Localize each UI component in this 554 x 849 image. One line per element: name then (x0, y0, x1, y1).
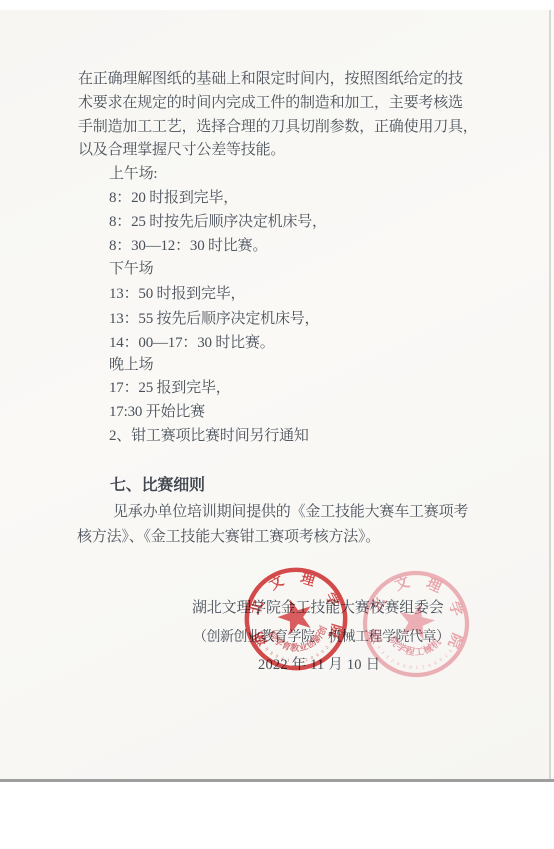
svg-text:1: 1 (299, 658, 303, 663)
scanned-document-viewport: 在正确理解图纸的基础上和限定时间内，按照图纸给定的技 术要求在规定的时间内完成工… (0, 0, 554, 849)
schedule-line: 13：55 按先后顺序决定机床号， (109, 310, 319, 329)
body-text-line: 在正确理解图纸的基础上和限定时间内，按照图纸给定的技 (78, 70, 463, 89)
schedule-line: 8：20 时报到完毕， (109, 189, 238, 208)
star-icon (274, 594, 317, 636)
svg-text:0: 0 (402, 663, 406, 669)
svg-text:工: 工 (414, 646, 425, 658)
body-text-line: 见承办单位培训期间提供的《金工技能大赛车工赛项考 (113, 503, 468, 522)
schedule-line: 2、钳工赛项比赛时间另行通知 (109, 427, 309, 446)
schedule-line: 17：25 报到完毕， (109, 379, 231, 398)
svg-text:4: 4 (328, 639, 334, 644)
svg-text:院: 院 (444, 631, 466, 652)
schedule-line: 上午场: (109, 165, 157, 184)
svg-text:4: 4 (376, 645, 382, 650)
section-heading: 七、比赛细则 (110, 476, 205, 495)
svg-text:0: 0 (439, 656, 444, 662)
svg-text:0: 0 (396, 661, 401, 667)
svg-text:3: 3 (385, 654, 391, 660)
schedule-line: 13：50 时报到完毕， (109, 285, 245, 304)
schedule-line: 14：00—17：30 时比赛。 (109, 334, 275, 353)
schedule-line: 下午场 (109, 260, 153, 279)
body-text-line: 以及合理掌握尺寸公差等技能。 (78, 141, 285, 160)
svg-text:6: 6 (433, 660, 438, 666)
official-seal-mechanical-college: 湖北文理学院 机械工程学院 42060210002334 (357, 561, 475, 687)
svg-text:2: 2 (443, 652, 449, 658)
svg-text:0: 0 (310, 655, 315, 661)
page-bottom-edge (0, 779, 554, 782)
svg-text:0: 0 (428, 662, 432, 668)
svg-text:0: 0 (409, 665, 413, 670)
svg-text:1: 1 (416, 665, 419, 670)
body-text-line: 手制造加工工艺，选择合理的刀具切削参数，正确使用刀具， (78, 118, 478, 137)
svg-text:8: 8 (264, 647, 270, 653)
svg-text:2: 2 (324, 644, 330, 650)
svg-text:2: 2 (305, 657, 309, 663)
star-icon (395, 599, 438, 641)
svg-text:0: 0 (293, 658, 296, 663)
body-text-line: 核方法》、《金工技能大赛钳工赛项考核方法》。 (77, 528, 380, 547)
svg-text:8: 8 (269, 650, 274, 656)
svg-text:1: 1 (287, 657, 291, 662)
seal-department-arc-text: 机械工程学院 (386, 633, 444, 660)
svg-text:2: 2 (390, 658, 395, 664)
schedule-line: 晚上场 (109, 356, 153, 375)
schedule-line: 17:30 开始比赛 (109, 403, 205, 422)
svg-text:4: 4 (448, 648, 454, 653)
official-seal-innovation-college: 湖北文理学院 创新创业教育学院 4206021014988 (236, 555, 356, 684)
svg-text:6: 6 (315, 652, 320, 658)
svg-text:2: 2 (422, 664, 426, 669)
svg-text:0: 0 (320, 648, 325, 654)
svg-text:9: 9 (275, 653, 280, 659)
svg-text:3: 3 (380, 650, 386, 656)
schedule-line: 8：30—12：30 时比赛。 (109, 237, 267, 256)
body-text-line: 术要求在规定的时间内完成工件的制造和加工，主要考核选 (78, 94, 463, 113)
svg-text:4: 4 (280, 656, 284, 662)
schedule-line: 8：25 时按先后顺序决定机床号， (109, 213, 327, 232)
